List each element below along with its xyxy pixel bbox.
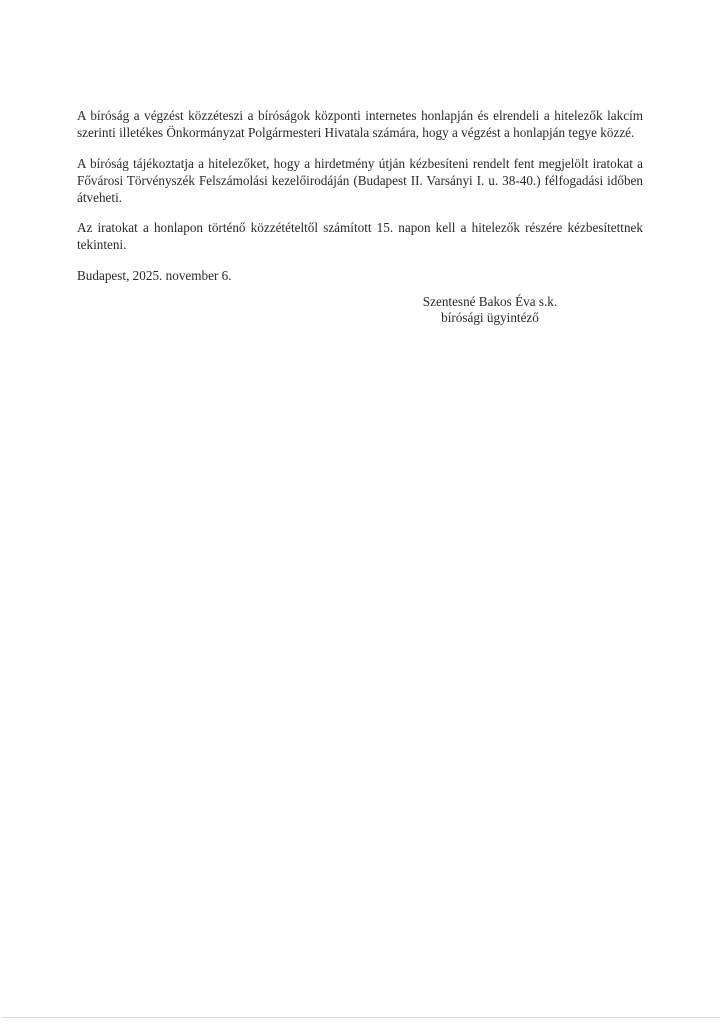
paragraph-delivery: Az iratokat a honlapon történő közzététe… [77, 219, 643, 253]
signature-name: Szentesné Bakos Éva s.k. [410, 293, 570, 310]
paragraph-information: A bíróság tájékoztatja a hitelezőket, ho… [77, 155, 643, 206]
document-page: A bíróság a végzést közzéteszi a bíróság… [0, 0, 724, 1024]
page-bottom-edge [2, 1017, 720, 1018]
signature-title: bírósági ügyintéző [410, 309, 570, 326]
place-date: Budapest, 2025. november 6. [77, 267, 643, 284]
paragraph-publication: A bíróság a végzést közzéteszi a bíróság… [77, 107, 643, 141]
